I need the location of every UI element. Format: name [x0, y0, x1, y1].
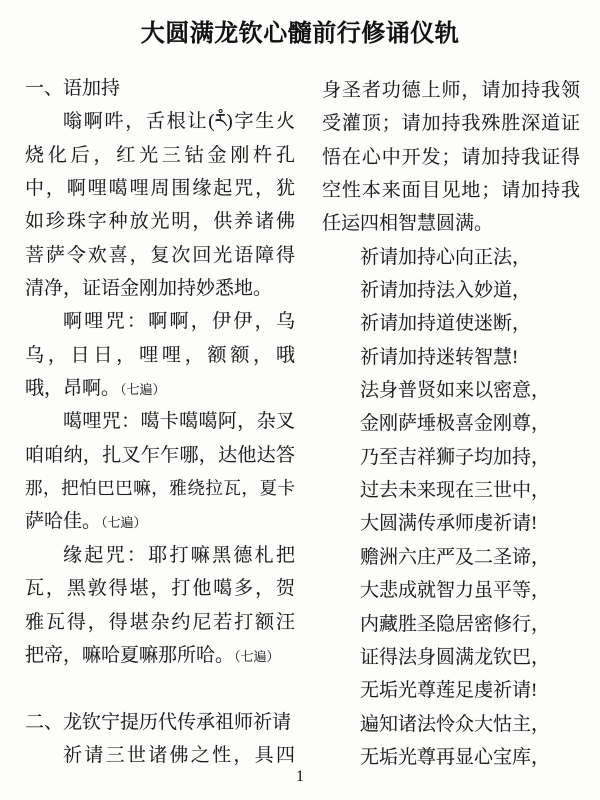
line-text: 雅瓦得，得堪杂约尼若打额汪 — [25, 612, 295, 633]
text-line: 烧化后，红光三钴金刚杵孔 — [25, 139, 295, 172]
text-line: 那，把怕巴巴嘛，雅绕拉瓦，夏卡 — [25, 472, 295, 505]
text-line: 无垢光尊莲足虔祈请! — [322, 674, 580, 707]
line-text: 缘起咒：耶打嘛黑德札把 — [63, 545, 295, 566]
document-page: 大圆满龙钦心髓前行修诵仪轨 一、语加持嗡啊吽，舌根让(རཾ)字生火烧化后，红光三… — [0, 0, 600, 800]
text-line: 悟在心中开发；请加持我证得 — [322, 141, 580, 174]
text-line: 法身普贤如来以密意， — [322, 374, 580, 407]
line-text: 赡洲六庄严及二圣谛， — [360, 547, 550, 568]
line-text: 萨哈佳。 — [25, 511, 101, 532]
repeat-count-note: （七遍） — [234, 649, 280, 664]
section-heading-text: 二、龙钦宁提历代传承祖师祈请 — [25, 712, 291, 733]
line-text: 清净，证语金刚加持妙悉地。 — [25, 278, 272, 299]
text-line: 乌，日日，哩哩，额额，哦 — [25, 339, 295, 372]
page-title: 大圆满龙钦心髓前行修诵仪轨 — [0, 13, 600, 48]
text-line: 瓦，黑敦得堪，打他噶多，贺 — [25, 572, 295, 605]
text-line: 把帝，嘛哈夏嘛那所哈。（七遍） — [25, 639, 295, 672]
line-text: 乃至吉祥狮子均加持， — [360, 447, 550, 468]
text-line: 嗡啊吽，舌根让(རཾ)字生火 — [25, 105, 295, 138]
line-text: 祈请加持心向正法， — [360, 247, 531, 268]
line-text: 祈请加持法入妙道， — [360, 280, 531, 301]
line-text: 那，把怕巴巴嘛，雅绕拉瓦，夏卡 — [25, 478, 295, 498]
line-text: 菩萨令欢喜，复次回光语障得 — [25, 245, 295, 266]
text-line: 哦，昂啊。（七遍） — [25, 372, 295, 405]
page-number: 1 — [0, 768, 600, 786]
text-line: 清净，证语金刚加持妙悉地。 — [25, 272, 295, 305]
line-text: 大悲成就智力虽平等， — [360, 580, 550, 601]
left-text-column: 一、语加持嗡啊吽，舌根让(རཾ)字生火烧化后，红光三钴金刚杵孔中，啊哩噶哩周围缘… — [25, 72, 295, 772]
line-text: 无垢光尊莲足虔祈请! — [360, 680, 537, 701]
text-line: 过去未来现在三世中， — [322, 474, 580, 507]
line-text: 瓦，黑敦得堪，打他噶多，贺 — [25, 578, 295, 599]
text-line: 遍知诸法怜众大怙主， — [322, 708, 580, 741]
text-line: 赡洲六庄严及二圣谛， — [322, 541, 580, 574]
text-line: 内藏胜圣隐居密修行， — [322, 608, 580, 641]
repeat-count-note: （七遍） — [120, 382, 166, 397]
line-text: 金刚萨埵极喜金刚尊， — [360, 413, 550, 434]
text-line: 空性本来面目见地；请加持我 — [322, 174, 580, 207]
text-line: 证得法身圆满龙钦巴， — [322, 641, 580, 674]
line-text: 遍知诸法怜众大怙主， — [360, 714, 550, 735]
line-text: 过去未来现在三世中， — [360, 480, 550, 501]
line-text: 哦，昂啊。 — [25, 378, 120, 399]
text-line: 如珍珠字种放光明，供养诸佛 — [25, 205, 295, 238]
section-heading: 一、语加持 — [25, 72, 295, 105]
text-line: 咱咱纳，扎叉乍乍哪，达他达答 — [25, 439, 295, 472]
line-text: 证得法身圆满龙钦巴， — [360, 647, 550, 668]
text-line: 祈请加持迷转智慧! — [322, 341, 580, 374]
text-line: 萨哈佳。（七遍） — [25, 505, 295, 538]
text-line: 噶哩咒：噶卡噶噶阿，杂叉 — [25, 405, 295, 438]
text-line: 任运四相智慧圆满。 — [322, 207, 580, 240]
right-text-column: 身圣者功德上师，请加持我领受灌顶；请加持我殊胜深道证悟在心中开发；请加持我证得空… — [322, 74, 580, 774]
line-text: 无垢光尊再显心宝库， — [360, 747, 550, 768]
line-text: 烧化后，红光三钴金刚杵孔 — [25, 145, 295, 166]
line-text: 啊哩咒：啊啊，伊伊，乌 — [63, 311, 295, 332]
section-heading-text: 一、语加持 — [25, 78, 120, 99]
text-line: 中，啊哩噶哩周围缘起咒，犹 — [25, 172, 295, 205]
line-text: 任运四相智慧圆满。 — [322, 213, 493, 234]
blank-line — [25, 672, 295, 705]
text-line: 祈请加持法入妙道， — [322, 274, 580, 307]
text-line: 大悲成就智力虽平等， — [322, 574, 580, 607]
line-text: 大圆满传承师虔祈请! — [360, 513, 537, 534]
text-line: 雅瓦得，得堪杂约尼若打额汪 — [25, 606, 295, 639]
text-line: 受灌顶；请加持我殊胜深道证 — [322, 107, 580, 140]
line-text: 噶哩咒：噶卡噶噶阿，杂叉 — [63, 411, 295, 432]
section-heading: 二、龙钦宁提历代传承祖师祈请 — [25, 706, 295, 739]
line-text: 身圣者功德上师，请加持我领 — [322, 80, 580, 101]
text-line: 啊哩咒：啊啊，伊伊，乌 — [25, 305, 295, 338]
line-text: 如珍珠字种放光明，供养诸佛 — [25, 211, 295, 232]
text-line: 大圆满传承师虔祈请! — [322, 507, 580, 540]
text-line: 金刚萨埵极喜金刚尊， — [322, 407, 580, 440]
line-text: 祈请加持道使迷断， — [360, 313, 531, 334]
text-line: 缘起咒：耶打嘛黑德札把 — [25, 539, 295, 572]
line-text: 内藏胜圣隐居密修行， — [360, 614, 550, 635]
line-text: 空性本来面目见地；请加持我 — [322, 180, 580, 201]
line-text: 乌，日日，哩哩，额额，哦 — [25, 345, 295, 366]
text-line: 祈请加持心向正法， — [322, 241, 580, 274]
line-text: 悟在心中开发；请加持我证得 — [322, 147, 580, 168]
line-text: 祈请加持迷转智慧! — [360, 347, 518, 368]
line-text: 嗡啊吽，舌根让(རཾ)字生火 — [63, 111, 295, 132]
line-text: 祈请三世诸佛之性，具四 — [63, 745, 295, 766]
line-text: 把帝，嘛哈夏嘛那所哈。 — [25, 645, 234, 666]
text-line: 乃至吉祥狮子均加持， — [322, 441, 580, 474]
text-line: 身圣者功德上师，请加持我领 — [322, 74, 580, 107]
text-line: 祈请加持道使迷断， — [322, 307, 580, 340]
line-text: 受灌顶；请加持我殊胜深道证 — [322, 113, 580, 134]
line-text: 法身普贤如来以密意， — [360, 380, 550, 401]
line-text: 中，啊哩噶哩周围缘起咒，犹 — [25, 178, 295, 199]
repeat-count-note: （七遍） — [101, 515, 147, 530]
text-line: 菩萨令欢喜，复次回光语障得 — [25, 239, 295, 272]
line-text: 咱咱纳，扎叉乍乍哪，达他达答 — [25, 445, 295, 466]
